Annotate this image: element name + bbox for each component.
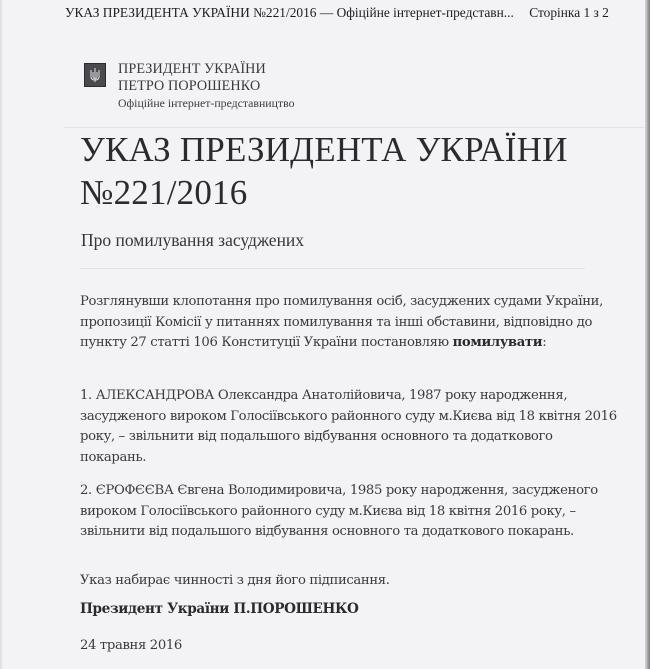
print-header-title: УКАЗ ПРЕЗИДЕНТА УКРАЇНИ №221/2016 — Офіц…	[65, 5, 514, 20]
trident-icon	[89, 67, 101, 83]
pardon-item-2: 2. ЄРОФЄЄВА Євгена Володимировича, 1985 …	[80, 481, 620, 543]
title-line-2: №221/2016	[80, 173, 247, 212]
brand-subtitle: Офіційне інтернет-представництво	[118, 95, 294, 111]
intro-paragraph: Розглянувши клопотання про помилування о…	[80, 292, 620, 354]
page-indicator: Сторінка 1 з 2	[529, 5, 609, 20]
page-edge-right	[645, 0, 650, 669]
document-date: 24 травня 2016	[80, 636, 620, 657]
title-line-1: УКАЗ ПРЕЗИДЕНТА УКРАЇНИ	[80, 130, 568, 169]
page-edge-left	[0, 0, 3, 669]
trident-emblem-icon	[84, 63, 106, 87]
brand-line-name: ПЕТРО ПОРОШЕНКО	[118, 78, 294, 95]
page-title: УКАЗ ПРЕЗИДЕНТА УКРАЇНИ №221/2016	[80, 128, 568, 214]
brand-block: ПРЕЗИДЕНТ УКРАЇНИ ПЕТРО ПОРОШЕНКО Офіцій…	[84, 61, 294, 111]
brand-text: ПРЕЗИДЕНТ УКРАЇНИ ПЕТРО ПОРОШЕНКО Офіцій…	[118, 61, 294, 111]
effect-clause: Указ набирає чинності з дня його підписа…	[80, 571, 620, 592]
document-subtitle: Про помилування засуджених	[81, 230, 304, 251]
intro-bold-verb: помилувати	[453, 335, 543, 350]
pardon-item-1: 1. АЛЕКСАНДРОВА Олександра Анатолійовича…	[80, 386, 620, 468]
signature: Президент України П.ПОРОШЕНКО	[80, 599, 620, 620]
intro-end: :	[542, 335, 546, 350]
print-header: УКАЗ ПРЕЗИДЕНТА УКРАЇНИ №221/2016 — Офіц…	[65, 5, 625, 21]
brand-line-president: ПРЕЗИДЕНТ УКРАЇНИ	[118, 61, 294, 78]
divider-middle	[80, 268, 585, 269]
